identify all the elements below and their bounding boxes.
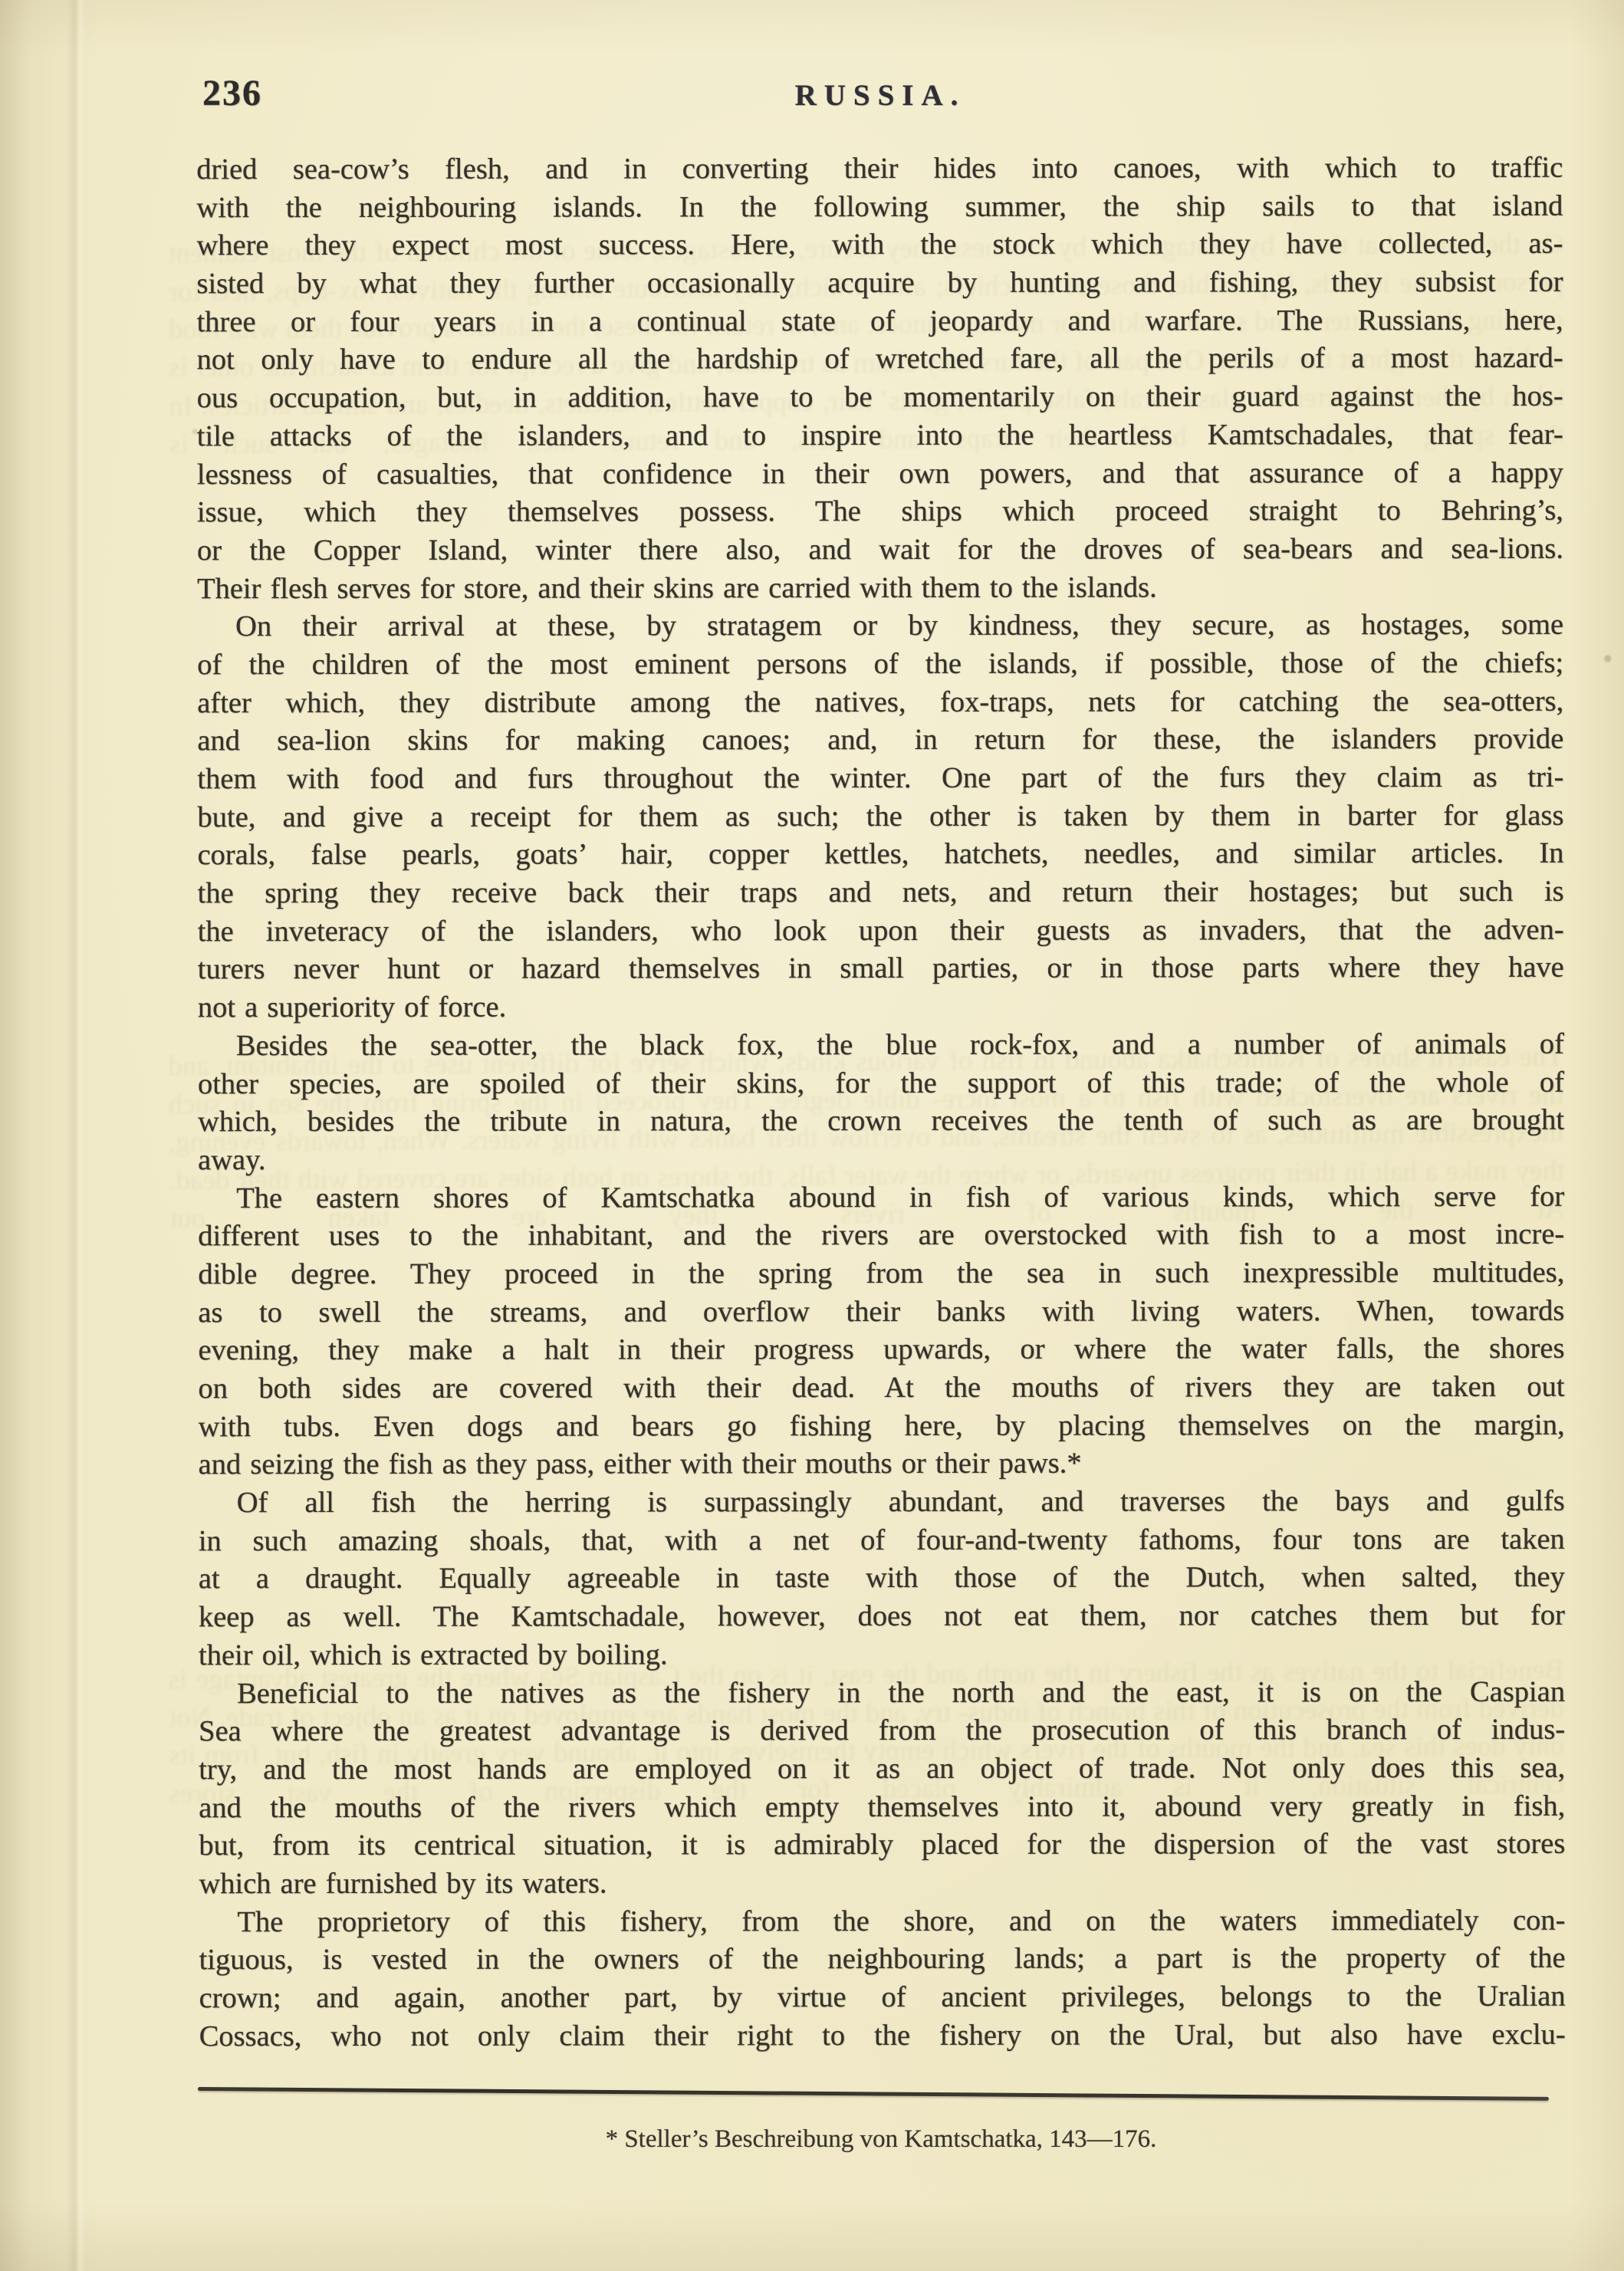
text-line: but, from its centrical situation, it is… (199, 1826, 1565, 1865)
text-line: evening, they make a halt in their progr… (198, 1330, 1564, 1370)
text-line: turers never hunt or hazard themselves i… (198, 949, 1564, 989)
text-line: them with food and furs throughout the w… (197, 759, 1563, 799)
paragraph: On their arrival at these, by stratagem … (197, 606, 1564, 1027)
text-line: Beneficial to the natives as the fishery… (199, 1673, 1565, 1713)
text-line: in such amazing shoals, that, with a net… (199, 1521, 1565, 1561)
paragraph: Beneficial to the natives as the fishery… (199, 1673, 1565, 1904)
text-line: the spring they receive back their traps… (198, 873, 1564, 913)
text-line: dible degree. They proceed in the spring… (198, 1254, 1564, 1294)
paragraph: The eastern shores of Kamtschatka abound… (198, 1178, 1565, 1484)
paragraph: dried sea-cow’s flesh, and in converting… (196, 150, 1563, 609)
text-line: Their flesh serves for store, and their … (197, 568, 1563, 608)
text-line: lessness of casualties, that confidence … (197, 454, 1563, 494)
text-line: Besides the sea-otter, the black fox, th… (198, 1026, 1564, 1066)
text-line: on both sides are covered with their dea… (198, 1369, 1564, 1408)
text-line: as to swell the streams, and overflow th… (198, 1292, 1564, 1332)
text-line: which are furnished by its waters. (199, 1864, 1565, 1904)
text-line: dried sea-cow’s flesh, and in converting… (196, 150, 1563, 189)
text-line: sisted by what they further occasionally… (196, 264, 1563, 304)
text-line: and sea-lion skins for making canoes; an… (197, 721, 1563, 761)
book-page: On their arrival at these, by stratagem … (0, 0, 1624, 2271)
footnote: * Steller’s Beschreibung von Kamtschatka… (198, 2125, 1564, 2154)
text-line: On their arrival at these, by stratagem … (197, 606, 1563, 646)
text-line: of the children of the most eminent pers… (197, 645, 1563, 685)
text-line: which, besides the tribute in natura, th… (198, 1102, 1564, 1142)
text-line: other species, are spoiled of their skin… (198, 1063, 1564, 1103)
text-line: Cossacs, who not only claim their right … (199, 2016, 1566, 2056)
text-line: keep as well. The Kamtschadale, however,… (199, 1597, 1565, 1637)
text-line: issue, which they themselves possess. Th… (197, 492, 1563, 532)
text-line: where they expect most success. Here, wi… (196, 225, 1563, 265)
text-line: crown; and again, another part, by virtu… (199, 1978, 1566, 2018)
text-line: with tubs. Even dogs and bears go fishin… (199, 1406, 1565, 1446)
text-line: with the neighbouring islands. In the fo… (196, 187, 1563, 227)
text-line: not a superiority of force. (198, 988, 1564, 1027)
text-line: and seizing the fish as they pass, eithe… (199, 1444, 1565, 1484)
text-line: tiguous, is vested in the owners of the … (199, 1940, 1566, 1980)
text-line: and the mouths of the rivers which empty… (199, 1787, 1565, 1827)
text-line: bute, and give a receipt for them as suc… (197, 797, 1563, 836)
footnote-rule (198, 2087, 1549, 2101)
paragraph: Besides the sea-otter, the black fox, th… (198, 1026, 1564, 1180)
text-line: the inveteracy of the islanders, who loo… (198, 912, 1564, 951)
text-line: ous occupation, but, in addition, have t… (197, 378, 1563, 418)
text-line: different uses to the inhabitant, and th… (198, 1216, 1564, 1256)
text-line: at a draught. Equally agreeable in taste… (199, 1559, 1565, 1599)
text-line: not only have to endure all the hardship… (197, 340, 1563, 380)
text-line: or the Copper Island, winter there also,… (197, 531, 1563, 570)
paragraph: The proprietory of this fishery, from th… (199, 1901, 1565, 2056)
text-line: their oil, which is extracted by boiling… (199, 1635, 1565, 1675)
text-line: The proprietory of this fishery, from th… (199, 1901, 1565, 1941)
text-line: three or four years in a continual state… (197, 302, 1563, 342)
text-line: after which, they distribute among the n… (197, 682, 1563, 722)
text-line: away. (198, 1140, 1564, 1180)
text-line: The eastern shores of Kamtschatka abound… (198, 1178, 1564, 1218)
text-line: Sea where the greatest advantage is deri… (199, 1711, 1565, 1751)
text-line: try, and the most hands are employed on … (199, 1750, 1565, 1790)
paragraph: Of all fish the herring is surpassingly … (199, 1483, 1565, 1675)
body-text: dried sea-cow’s flesh, and in converting… (196, 150, 1565, 2056)
text-line: tile attacks of the islanders, and to in… (197, 416, 1563, 456)
running-header: RUSSIA. (198, 78, 1563, 113)
page-header: 236 RUSSIA. (198, 67, 1563, 121)
text-line: corals, false pearls, goats’ hair, coppe… (198, 835, 1564, 875)
text-line: Of all fish the herring is surpassingly … (199, 1483, 1565, 1523)
